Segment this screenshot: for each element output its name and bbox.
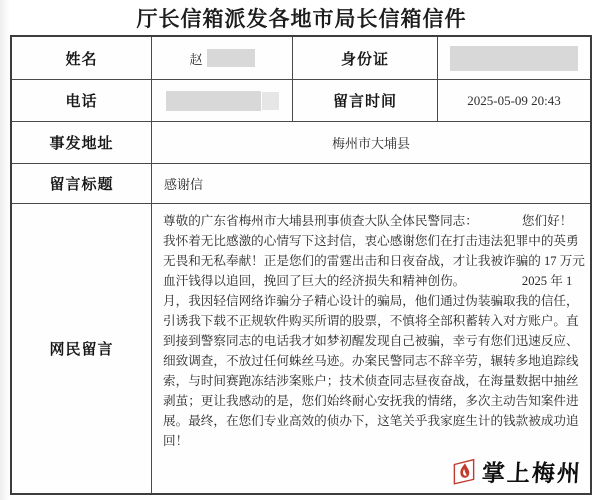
message-line: 回！ bbox=[163, 431, 586, 451]
message-line: 引诱我下载不正规软件购买所谓的股票，不慎将全部积蓄转入对方账户。直 bbox=[163, 311, 586, 331]
field-value-incident-address: 梅州市大埔县 bbox=[152, 122, 590, 164]
watermark-text: 掌上梅州 bbox=[481, 455, 583, 488]
redaction-block-phone bbox=[166, 91, 261, 111]
message-line: 展。最终，在您们专业高效的侦办下，这笔关乎我家庭生计的钱款被成功追 bbox=[163, 411, 586, 431]
message-line: 尊敬的广东省梅州市大埔县刑事侦查大队全体民警同志： 您们好！ bbox=[163, 211, 586, 231]
name-visible-text: 赵 bbox=[189, 49, 202, 68]
message-line: 到接到警察同志的电话我才如梦初醒发现自己被骗，幸亏有您们迅速反应、 bbox=[163, 331, 586, 351]
redaction-block-idcard bbox=[450, 46, 578, 71]
redaction-block-name bbox=[207, 49, 255, 67]
site-watermark: 掌上梅州 bbox=[450, 455, 582, 488]
field-label-name: 姓名 bbox=[12, 37, 152, 80]
message-line: 索，与时间赛跑冻结涉案账户；技术侦查同志昼夜奋战，在海量数据中抽丝 bbox=[163, 371, 586, 391]
message-line: 细致调查，不放过任何蛛丝马迹。办案民警同志不辞辛劳，辗转多地追踪线 bbox=[163, 351, 586, 371]
netizen-message-text: 尊敬的广东省梅州市大埔县刑事侦查大队全体民警同志： 您们好！我怀着无比感激的心情… bbox=[163, 211, 586, 451]
message-line: 血汗钱得以追回，挽回了巨大的经济损失和精神创伤。 2025 年 1 bbox=[163, 271, 586, 291]
field-value-message-title: 感谢信 bbox=[152, 164, 590, 204]
field-label-incident-address: 事发地址 bbox=[12, 122, 152, 164]
field-label-message-title: 留言标题 bbox=[12, 164, 152, 204]
field-label-phone: 电话 bbox=[12, 80, 152, 122]
message-line: 月，我因轻信网络诈骗分子精心设计的骗局，他们通过伪装骗取我的信任， bbox=[163, 291, 586, 311]
field-value-phone bbox=[152, 80, 293, 122]
field-label-idcard: 身份证 bbox=[293, 37, 438, 80]
netizen-message-cell: 尊敬的广东省梅州市大埔县刑事侦查大队全体民警同志： 您们好！我怀着无比感激的心情… bbox=[152, 204, 590, 493]
flame-book-icon bbox=[450, 456, 478, 487]
field-value-idcard bbox=[438, 37, 590, 80]
message-line: 剥茧；更让我感动的是，您们始终耐心安抚我的情绪，多次主动告知案件进 bbox=[163, 391, 586, 411]
scanned-letter-page: 厅长信箱派发各地市局长信箱信件 姓名 赵 身份证 电话 留言时间 2025-05… bbox=[0, 0, 603, 500]
field-label-message-time: 留言时间 bbox=[293, 80, 438, 122]
field-value-name: 赵 bbox=[152, 37, 293, 80]
message-line: 无畏和无私奉献！正是您们的雷霆出击和日夜奋战，才让我被诈骗的 17 万元 bbox=[163, 251, 586, 271]
letter-table: 姓名 赵 身份证 电话 留言时间 2025-05-09 20:43 事发地址 梅… bbox=[10, 35, 592, 495]
field-label-netizen-message: 网民留言 bbox=[12, 204, 152, 493]
message-line: 我怀着无比感激的心情写下这封信，衷心感谢您们在打击违法犯罪中的英勇 bbox=[163, 231, 586, 251]
redaction-block-phone-light bbox=[262, 92, 279, 110]
page-title: 厅长信箱派发各地市局长信箱信件 bbox=[0, 3, 603, 33]
field-value-message-time: 2025-05-09 20:43 bbox=[438, 80, 590, 122]
